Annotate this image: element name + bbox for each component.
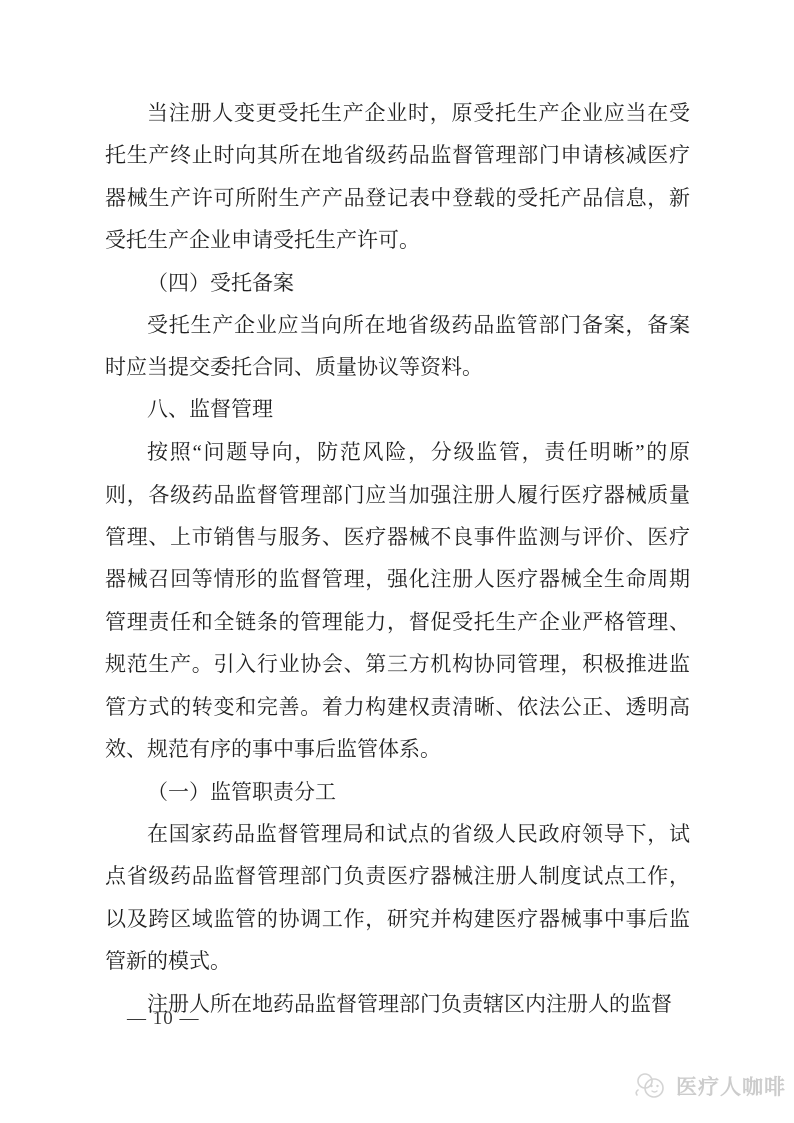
body-paragraph: 受托生产企业应当向所在地省级药品监管部门备案，备案时应当提交委托合同、质量协议等… xyxy=(105,304,690,389)
watermark-brand-text: 医疗人咖啡 xyxy=(676,1071,786,1101)
subsection-heading-duty-division: （一）监管职责分工 xyxy=(105,771,690,813)
document-page: 当注册人变更受托生产企业时，原受托生产企业应当在受托生产终止时向其所在地省级药品… xyxy=(0,0,794,1123)
publisher-watermark: 医疗人咖啡 xyxy=(632,1068,786,1104)
mascot-doodle-icon xyxy=(632,1068,668,1104)
document-body: 当注册人变更受托生产企业时，原受托生产企业应当在受托生产终止时向其所在地省级药品… xyxy=(105,92,690,1025)
body-paragraph: 当注册人变更受托生产企业时，原受托生产企业应当在受托生产终止时向其所在地省级药品… xyxy=(105,92,690,262)
page-number: — 10 — xyxy=(127,1008,200,1030)
subsection-heading-entrusted-filing: （四）受托备案 xyxy=(105,262,690,304)
body-paragraph: 按照“问题导向，防范风险，分级监管，责任明晰”的原则，各级药品监督管理部门应当加… xyxy=(105,431,690,770)
body-paragraph: 在国家药品监督管理局和试点的省级人民政府领导下，试点省级药品监督管理部门负责医疗… xyxy=(105,813,690,983)
chapter-heading-supervision: 八、监督管理 xyxy=(105,389,690,431)
